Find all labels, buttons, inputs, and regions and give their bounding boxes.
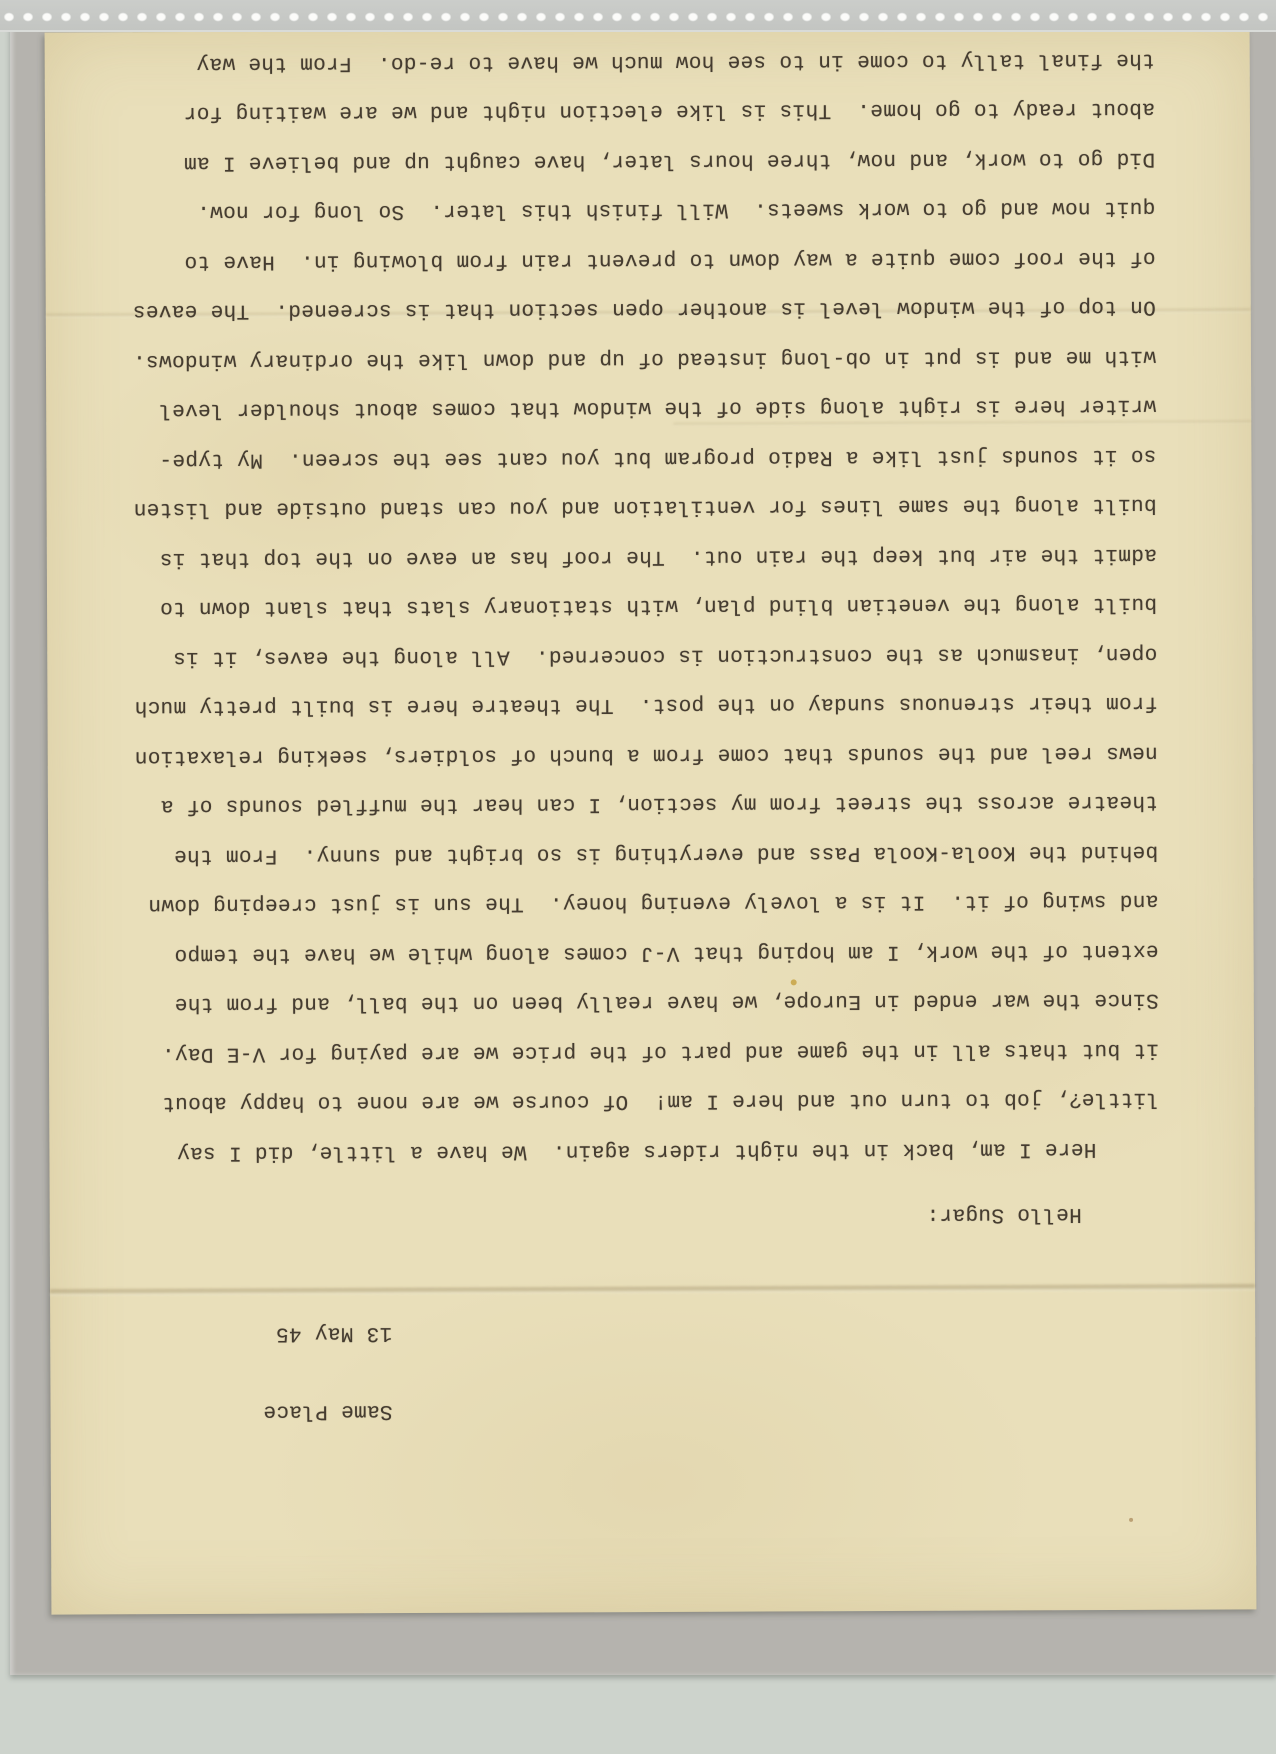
letter-heading: Same Place 13 May 45 [90,1267,393,1476]
letter-body-text: Here I am, back in the night riders agai… [84,0,1160,1177]
letter-greeting: Hello Sugar: [90,1200,1082,1230]
letter-place-line: Same Place [91,1397,393,1424]
album-binding-strip [0,0,1276,32]
scanned-letter-page: Same Place 13 May 45 Hello Sugar: Here I… [0,0,1276,1754]
letter-paper: Same Place 13 May 45 Hello Sugar: Here I… [45,27,1257,1614]
letter-content-rotated-180: Same Place 13 May 45 Hello Sugar: Here I… [45,27,1257,1614]
letter-date-line: 13 May 45 [90,1319,392,1346]
